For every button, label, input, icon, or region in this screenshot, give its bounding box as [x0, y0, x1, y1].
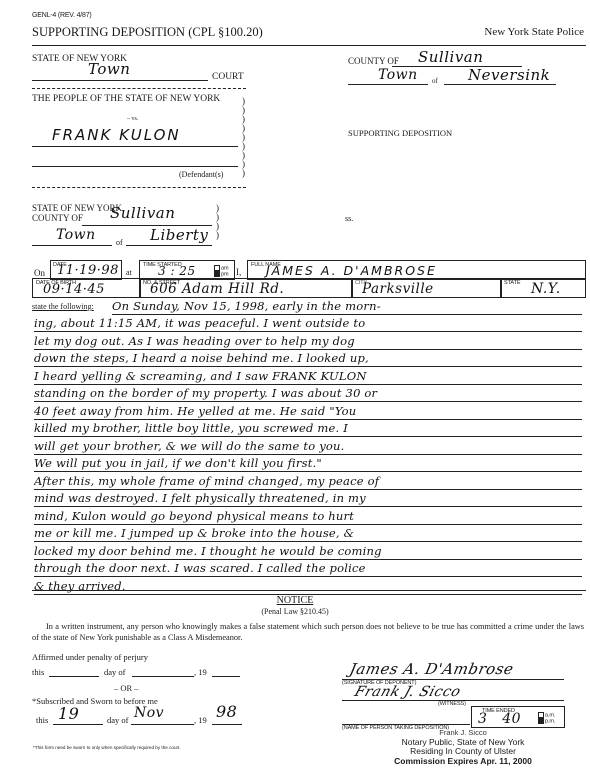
sworn-year-line: [212, 724, 242, 725]
statement-line-text: killed my brother, little boy little, yo…: [34, 421, 582, 435]
state-field[interactable]: STATE N.Y.: [500, 278, 586, 298]
court-name-line: [32, 80, 208, 81]
notice-title: NOTICE: [0, 595, 590, 606]
i-label: I,: [236, 267, 241, 277]
statement-line[interactable]: down the steps, I heard a noise behind m…: [34, 349, 582, 368]
defendant-label: (Defendant(s): [179, 170, 223, 179]
full-name-value: JAMES A. D'AMBROSE: [266, 263, 437, 278]
state-label: STATE: [504, 280, 520, 286]
venue-of-label: of: [116, 238, 123, 247]
statement-line[interactable]: killed my brother, little boy little, yo…: [34, 419, 582, 438]
venue-municipality-type-line: [32, 245, 112, 246]
county-of-label: of: [432, 77, 438, 85]
statement-line-text: mind, Kulon would go beyond physical mea…: [34, 509, 582, 523]
statement-line[interactable]: ing, about 11:15 AM, it was peaceful. I …: [34, 314, 582, 333]
time-ended-pm[interactable]: p.m.: [538, 718, 555, 724]
state-value: N.Y.: [531, 281, 561, 297]
statement-line-text: mind was destroyed. I felt physically th…: [34, 491, 582, 505]
statement-line[interactable]: 40 feet away from him. He yelled at me. …: [34, 401, 582, 420]
municipality-type-field[interactable]: Town: [378, 67, 418, 83]
statement-line-text: We will put you in jail, if we don't kil…: [34, 456, 582, 470]
statement-line-text: 40 feet away from him. He yelled at me. …: [34, 404, 582, 418]
statement-line-text: I heard yelling & screaming, and I saw F…: [34, 369, 582, 383]
date-field[interactable]: DATE 11·19·98: [50, 260, 122, 280]
statement-line-text: through the door next. I was scared. I c…: [34, 561, 582, 575]
time-started-value: 3 : 25: [158, 264, 196, 278]
venue-municipality-line: [126, 245, 212, 246]
sworn-month-field[interactable]: Nov: [134, 705, 164, 721]
affirmed-day-of-label: day of: [104, 667, 125, 677]
statement-line-text: down the steps, I heard a noise behind m…: [34, 351, 582, 365]
municipality-field[interactable]: Neversink: [468, 66, 550, 84]
statement-line-text: ing, about 11:15 AM, it was peaceful. I …: [34, 316, 582, 330]
city-field[interactable]: CITY Parksville: [351, 278, 502, 298]
vs-label: – vs.: [127, 116, 138, 122]
agency-name: New York State Police: [484, 26, 584, 38]
ss-label: ss.: [345, 214, 353, 223]
sworn-day-of-label: day of: [107, 715, 128, 725]
sworn-year-field[interactable]: 98: [216, 702, 237, 721]
on-label: On: [34, 268, 45, 278]
affirmed-this-label: this: [32, 667, 44, 677]
statement-line[interactable]: locked my door behind me. I thought he w…: [34, 541, 582, 560]
defendant-divider: [32, 187, 246, 188]
time-ended-field[interactable]: TIME ENDED 3 40 a.m. p.m.: [471, 706, 565, 728]
notice-subtitle: (Penal Law §210.45): [0, 607, 590, 616]
statement-line[interactable]: & they arrived.: [34, 576, 582, 595]
court-divider: [32, 88, 246, 89]
venue-county-label: COUNTY OF: [32, 213, 83, 223]
statement-line-text: me or kill me. I jumped up & broke into …: [34, 526, 582, 540]
caption-bracket: ) ) ) ) ) ) ) ) ): [242, 97, 245, 178]
statement-line-text: On Sunday, Nov 15, 1998, early in the mo…: [112, 299, 582, 313]
defendant-name-field[interactable]: FRANK KULON: [52, 126, 181, 144]
or-label: – OR –: [114, 683, 139, 693]
witness-label: (WITNESS): [438, 701, 466, 707]
statement-line-text: locked my door behind me. I thought he w…: [34, 544, 582, 558]
statement-line[interactable]: will get your brother, & we will do the …: [34, 436, 582, 455]
supporting-deposition-label: SUPPORTING DEPOSITION: [348, 128, 452, 138]
city-value: Parksville: [362, 281, 434, 297]
statement-end-rule: [32, 590, 586, 591]
street-value: 606 Adam Hill Rd.: [150, 281, 284, 297]
affirmed-label: Affirmed under penalty of perjury: [32, 652, 148, 662]
deponent-signature[interactable]: James A. D'Ambrose: [348, 660, 515, 678]
statement-line-text: let my dog out. As I was heading over to…: [34, 334, 582, 348]
dob-value: 09·14·45: [43, 282, 105, 297]
court-name-field[interactable]: Town: [88, 60, 130, 78]
sworn-this-label: this: [36, 715, 48, 725]
sworn-month-line: [131, 724, 194, 725]
time-ended-value: 3 40: [478, 711, 521, 727]
date-value: 11·19·98: [57, 263, 119, 278]
statement-line[interactable]: On Sunday, Nov 15, 1998, early in the mo…: [112, 296, 582, 315]
form-id: GENL-4 (REV. 4/87): [32, 12, 92, 19]
notice-body: In a written instrument, any person who …: [32, 621, 584, 643]
time-started-pm[interactable]: pm: [214, 271, 228, 277]
affirmed-day-line[interactable]: [49, 676, 99, 677]
venue-state-label: STATE OF NEW YORK: [32, 203, 122, 213]
affirmed-year-line[interactable]: [212, 676, 240, 677]
defendant-line-2: [32, 166, 238, 167]
county-label: COUNTY OF: [348, 56, 399, 66]
municipality-line: [444, 84, 556, 85]
at-label: at: [126, 268, 132, 277]
affirmed-19-label: , 19: [194, 667, 207, 677]
statement-line[interactable]: standing on the border of my property. I…: [34, 384, 582, 403]
statement-line[interactable]: I heard yelling & screaming, and I saw F…: [34, 366, 582, 385]
people-label: THE PEOPLE OF THE STATE OF NEW YORK: [32, 94, 220, 104]
statement-line-text: will get your brother, & we will do the …: [34, 439, 582, 453]
county-field[interactable]: Sullivan: [418, 48, 483, 66]
statement-line[interactable]: me or kill me. I jumped up & broke into …: [34, 524, 582, 543]
statement-line-text: After this, my whole frame of mind chang…: [34, 474, 582, 488]
statement-line[interactable]: mind was destroyed. I felt physically th…: [34, 489, 582, 508]
venue-municipality-type-field[interactable]: Town: [56, 227, 96, 243]
affirmed-month-line[interactable]: [132, 676, 194, 677]
sworn-day-field[interactable]: 19: [58, 704, 79, 723]
venue-municipality-field[interactable]: Liberty: [150, 226, 208, 244]
street-field[interactable]: NO. & STREET 606 Adam Hill Rd.: [139, 278, 353, 298]
full-name-field[interactable]: FULL NAME JAMES A. D'AMBROSE: [247, 260, 586, 280]
court-label: COURT: [212, 72, 244, 82]
notary-stamp: Frank J. Sicco Notary Public, State of N…: [368, 728, 558, 766]
venue-county-field[interactable]: Sullivan: [110, 204, 175, 222]
dob-field[interactable]: DATE OF BIRTH 09·14·45: [32, 278, 141, 298]
sworn-day-line: [53, 724, 103, 725]
witness-signature[interactable]: Frank J. Sicco: [352, 684, 463, 700]
header-rule: [32, 45, 586, 46]
statement-line[interactable]: let my dog out. As I was heading over to…: [34, 331, 582, 350]
sworn-19-label: , 19: [194, 715, 207, 725]
statement-label: state the following:: [32, 302, 94, 311]
form-title: SUPPORTING DEPOSITION (CPL §100.20): [32, 25, 263, 40]
statement-line[interactable]: We will put you in jail, if we don't kil…: [34, 454, 582, 473]
defendant-line-1: [32, 146, 238, 147]
municipality-type-line: [348, 84, 428, 85]
time-started-field[interactable]: TIME STARTED 3 : 25 am pm: [139, 260, 235, 280]
footnote: *This form need be sworn to only when sp…: [33, 745, 181, 750]
statement-line-text: standing on the border of my property. I…: [34, 386, 582, 400]
notary-commission: Commission Expires Apr. 11, 2000: [368, 757, 558, 767]
venue-bracket: ) ) ) ): [216, 204, 219, 240]
statement-line[interactable]: mind, Kulon would go beyond physical mea…: [34, 506, 582, 525]
statement-line[interactable]: through the door next. I was scared. I c…: [34, 559, 582, 578]
statement-line[interactable]: After this, my whole frame of mind chang…: [34, 471, 582, 490]
